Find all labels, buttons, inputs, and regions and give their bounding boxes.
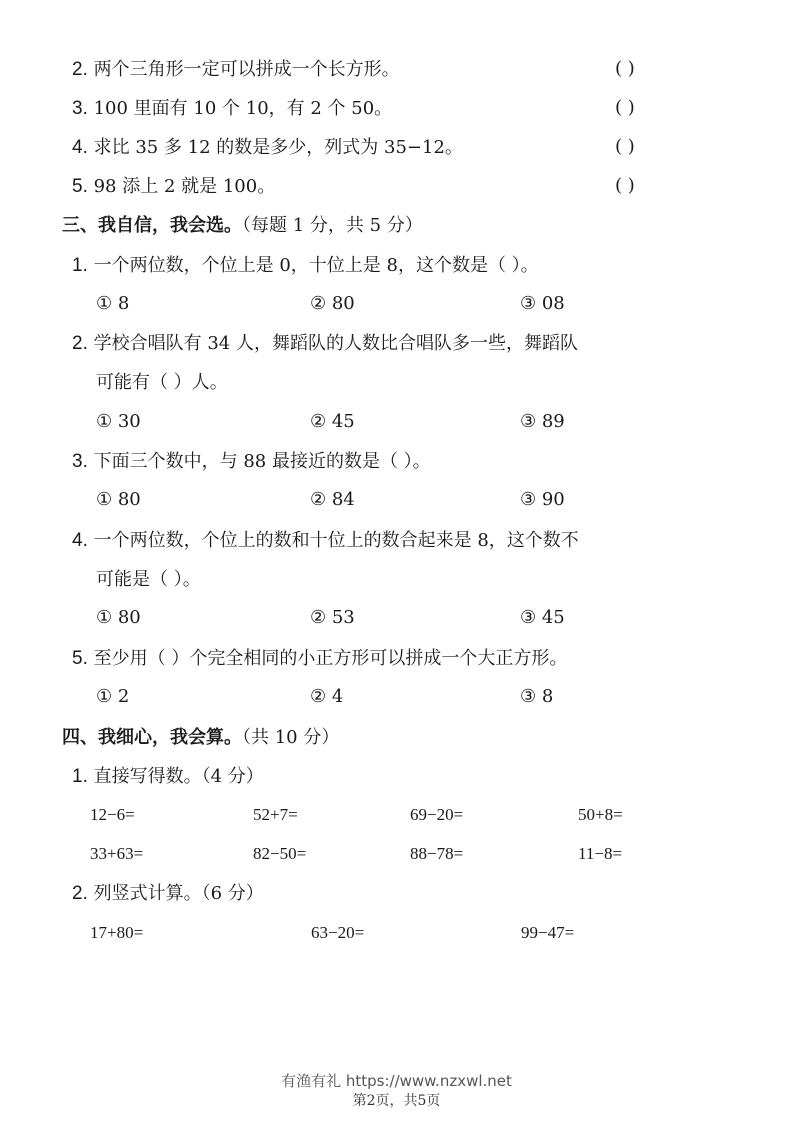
option-5-1[interactable]: ① 2 [96, 686, 129, 707]
calc-question-2: 2. 列竖式计算。（6 分） [72, 882, 264, 906]
oral-expr-3: 69−20= [410, 805, 463, 825]
oral-expr-4: 50+8= [578, 805, 623, 825]
option-2-2[interactable]: ② 45 [310, 411, 355, 432]
answer-box-2[interactable]: ( ) [615, 58, 635, 79]
judgment-item-2: 2. 两个三角形一定可以拼成一个长方形。 [72, 58, 400, 82]
judgment-item-4: 4. 求比 35 多 12 的数是多少，列式为 35−12。 [72, 136, 463, 160]
oral-expr-1: 12−6= [90, 805, 135, 825]
option-5-3[interactable]: ③ 8 [520, 686, 553, 707]
option-2-3[interactable]: ③ 89 [520, 411, 565, 432]
oral-expr-8: 11−8= [578, 844, 622, 864]
option-3-1[interactable]: ① 80 [96, 489, 141, 510]
section-3-heading: 三、我自信，我会选。（每题 1 分，共 5 分） [62, 214, 423, 238]
judgment-item-3: 3. 100 里面有 10 个 10，有 2 个 50。 [72, 97, 392, 121]
vertical-expr-2: 63−20= [311, 923, 364, 943]
judgment-item-5: 5. 98 添上 2 就是 100。 [72, 175, 275, 199]
option-4-1[interactable]: ① 80 [96, 607, 141, 628]
choice-question-5: 5. 至少用（ ）个完全相同的小正方形可以拼成一个大正方形。 [72, 647, 567, 671]
option-1-3[interactable]: ③ 08 [520, 293, 565, 314]
choice-question-3: 3. 下面三个数中，与 88 最接近的数是（ ）。 [72, 450, 431, 474]
section-4-heading: 四、我细心，我会算。（共 10 分） [62, 726, 339, 750]
oral-expr-6: 82−50= [253, 844, 306, 864]
calc-question-1: 1. 直接写得数。（4 分） [72, 765, 264, 789]
answer-box-5[interactable]: ( ) [615, 175, 635, 196]
choice-question-2-cont: 可能有（ ）人。 [96, 371, 228, 395]
choice-question-1: 1. 一个两位数，个位上是 0，十位上是 8，这个数是（ ）。 [72, 254, 539, 278]
oral-expr-5: 33+63= [90, 844, 143, 864]
choice-question-2: 2. 学校合唱队有 34 人，舞蹈队的人数比合唱队多一些，舞蹈队 [72, 332, 578, 356]
page-number: 第2页，共5页 [0, 1090, 793, 1110]
vertical-expr-1: 17+80= [90, 923, 143, 943]
vertical-expr-3: 99−47= [521, 923, 574, 943]
option-1-1[interactable]: ① 8 [96, 293, 129, 314]
oral-expr-7: 88−78= [410, 844, 463, 864]
option-2-1[interactable]: ① 30 [96, 411, 141, 432]
option-4-3[interactable]: ③ 45 [520, 607, 565, 628]
answer-box-3[interactable]: ( ) [615, 97, 635, 118]
watermark: 有渔有礼 https://www.nzxwl.net [0, 1070, 793, 1091]
option-3-2[interactable]: ② 84 [310, 489, 355, 510]
option-1-2[interactable]: ② 80 [310, 293, 355, 314]
choice-question-4-cont: 可能是（ ）。 [96, 568, 201, 592]
oral-expr-2: 52+7= [253, 805, 298, 825]
choice-question-4: 4. 一个两位数，个位上的数和十位上的数合起来是 8，这个数不 [72, 529, 579, 553]
option-4-2[interactable]: ② 53 [310, 607, 355, 628]
answer-box-4[interactable]: ( ) [615, 136, 635, 157]
option-3-3[interactable]: ③ 90 [520, 489, 565, 510]
option-5-2[interactable]: ② 4 [310, 686, 343, 707]
